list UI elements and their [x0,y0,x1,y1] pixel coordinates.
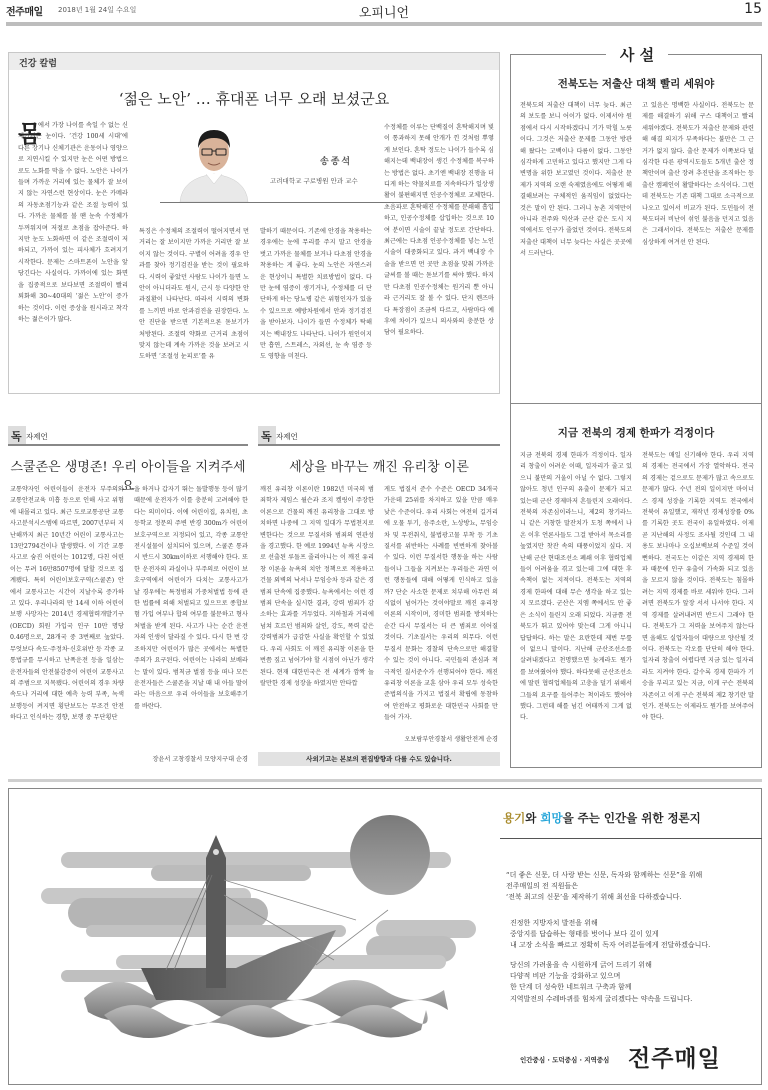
ad-line: 전주매일의 전 직원들은 [506,881,702,892]
editorial-title-2: 지금 전북의 경제 한파가 걱정이다 [510,425,762,440]
slogan-rest: 을 주는 인간을 위한 정론지 [563,811,701,825]
editorial-2-text-1: 지금 전북의 경제 한파가 걱정이다. 일자리 창출이 어려운 이때, 일자리가… [520,450,632,760]
ad-line: 한 단계 더 성숙한 네트워크 구축과 함께 [510,982,692,993]
ad-line: 내 고장 소식을 빠르고 정확히 독자 여러분들에게 전달하겠습니다. [510,940,710,951]
editorial-1-text-2: 고 있음은 명백한 사실이다. 전북도는 문제를 해결하기 위해 구스 대책이고… [642,100,754,400]
author-affiliation: 고려대학교 구로병원 안과 교수 [270,176,358,185]
author-name: 송종석 [320,154,352,167]
ad-illustration [16,800,500,1080]
editorial-title-1: 전북도는 저출산 대책 빨리 세워야 [510,76,762,91]
ad-line: 중앙지를 답습하는 형태를 벗어나 보다 깊이 있게 [510,929,710,940]
ad-line: 당신의 가려움을 속 시원하게 긁어 드리기 위해 [510,960,692,971]
health-column-text-4: 수정체를 이루는 단백질이 혼탁해지며 빛이 통과하지 못해 안개가 낀 것처럼… [384,122,494,388]
reader-1-text-1: 교통약자인 어린이들이 운전자 부주의와 교통안전교육 미흡 등으로 인해 사고… [10,484,124,766]
masthead: 전주매일 2018년 1월 24일 수요일 오피니언 15 [6,0,762,22]
ad-line: 지역발전의 수레바퀴를 힘차게 굴리겠다는 약속을 드립니다. [510,994,692,1005]
editorial-1-text-1: 전북도의 저출산 대책이 너무 늦다. 최근의 보도를 보니 어이가 없다. 이… [520,100,632,400]
reader-2-text-2: 게도 법질서 준수 수준은 OECD 34개국 가운데 25위를 차지하고 있을… [384,484,498,730]
reader-label-big: 독 [8,426,26,444]
reader-1-text-2: 을 하거나 갑자기 뛰는 돌발행동 등이 많기 때문에 운전자가 이를 충분히 … [134,484,248,740]
ad-paragraph-3: 당신의 가려움을 속 시원하게 긁어 드리기 위해 다양적 비판 기능을 강화하… [510,960,692,1005]
reader-title-2: 세상을 바꾸는 깨진 유리창 이론 [258,456,500,475]
ad-line: 진정한 지방자치 발전을 위해 [510,918,710,929]
masthead-divider [6,22,762,26]
ad-slogan: 용기와 희망을 주는 인간을 위한 정론지 [503,810,701,826]
health-column-text-2: 특징은 수정체의 조절력이 떨어지면서 먼 거리는 잘 보이지만 가까운 거리만… [139,226,249,388]
reader-2-text-1: 깨진 유리창 이론이란 1982년 미국의 범죄학자 제임스 윌슨과 조지 켈링… [260,484,374,746]
reader-section-header-2: 독 자제언 [258,426,500,446]
reader-1-byline: 장윤서 고창경찰서 모양지구대 순경 [134,754,248,763]
ad-line: ‘전북 최고의 신문’을 제작하기 위해 최선을 다하겠습니다. [506,892,702,903]
disclaimer-banner: 사외기고는 본보의 편집방향과 다를 수도 있습니다. [258,752,500,766]
slogan-divider [500,838,762,839]
health-column-header: 건강 칼럼 [9,53,499,70]
reader-label-small: 자제언 [26,431,48,442]
reader-2-byline: 오보람부안경찰서 생활안전계 순경 [384,734,498,743]
newspaper-brand: 전주매일 [6,3,43,18]
editorial-label: 사 설 [606,44,668,65]
health-column-label: 건강 칼럼 [19,56,57,69]
ad-paragraph-1: “더 좋은 신문, 더 사랑 받는 신문, 독자와 함께하는 신문”을 위해 전… [506,870,702,904]
section-title: 오피니언 [246,2,522,21]
issue-date: 2018년 1월 24일 수요일 [58,5,136,15]
author-photo [172,122,256,202]
reader-section-header-1: 독 자제언 [8,426,248,446]
reader-label-big: 독 [258,426,276,444]
ad-divider [8,779,762,782]
editorial-2-text-2: 전북도는 매일 신기해야 한다. 우리 지역의 경제는 전국에서 가장 열악하다… [642,450,754,760]
page-number: 15 [744,1,762,17]
health-column-text-3: 발하기 때문이다. 기존에 안경을 착용하는 경우에는 눈에 무리를 주지 말고… [260,226,372,388]
reader-label-small: 자제언 [276,431,298,442]
slogan-hope: 희망 [540,811,562,825]
ad-logo: 전주매일 [628,1040,721,1073]
slogan-courage: 용기 [503,811,525,825]
ship-pen-lighthouse-icon [16,800,500,1080]
health-column-text-1: 에서 가장 나이를 속일 수 없는 신체기관은 눈이다. ‘건강 100세 시대… [18,120,128,388]
health-column-title: ‘젊은 노안’ … 휴대폰 너무 오래 보셨군요 [8,88,500,109]
slogan-connector: 와 [525,811,540,825]
photo-divider [160,202,500,203]
author-portrait-icon [172,122,256,202]
ad-line: “더 좋은 신문, 더 사랑 받는 신문, 독자와 함께하는 신문”을 위해 [506,870,702,881]
ad-line: 다양적 비판 기능을 강화하고 있으며 [510,971,692,982]
ad-paragraph-2: 진정한 지방자치 발전을 위해 중앙지를 답습하는 형태를 벗어나 보다 깊이 … [510,918,710,952]
ad-motto: 인간중심 · 도덕중심 · 지역중심 [520,1055,609,1064]
